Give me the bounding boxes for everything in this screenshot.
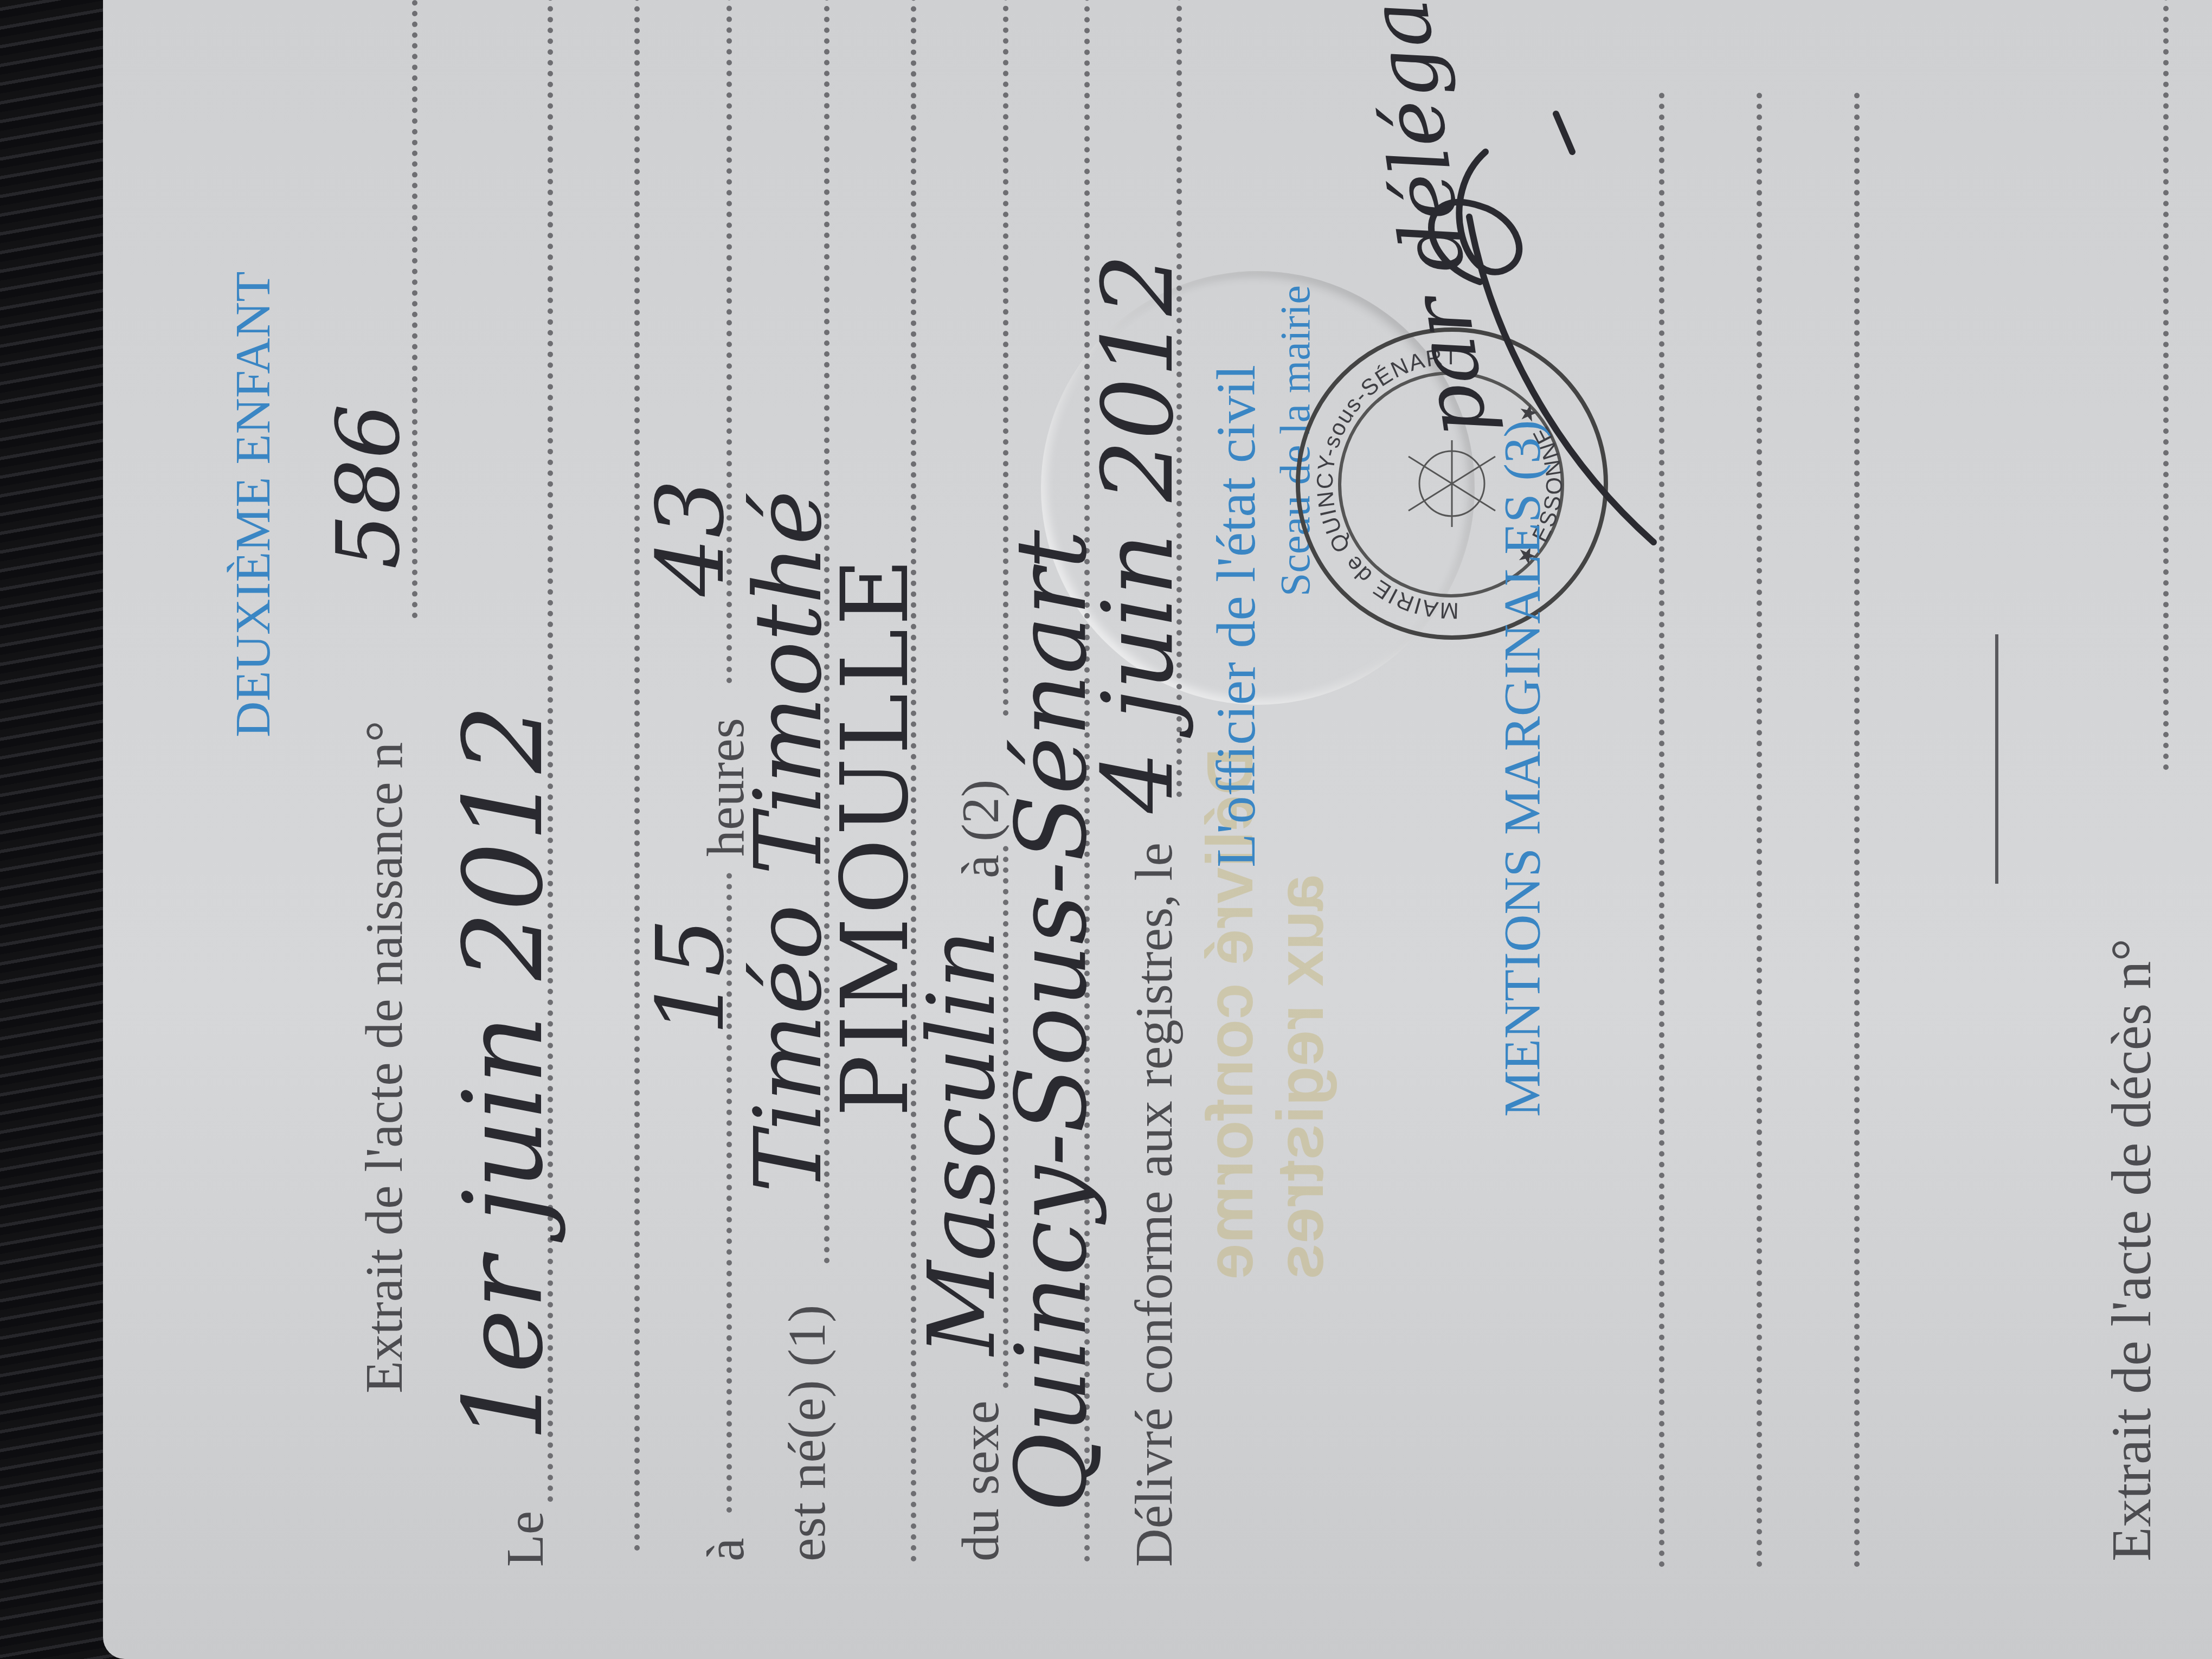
death-extract-label: Extrait de l'acte de décès n° [2104,938,2160,1561]
date-value: 1er juin 2012 [450,704,558,1442]
officer-label: L'officier de l'état civil [1209,365,1264,867]
date-label: Le [499,1511,552,1567]
mention-line [1854,92,1860,1567]
born-label: est né(e) (1) [781,1305,834,1561]
surname: PIMOULLE [829,555,922,1117]
section-title: DEUXIÈME ENFANT [228,272,278,737]
divider-rule [1995,634,1998,884]
given-names: Timéo Timothé [743,490,835,1193]
dotted-line [634,0,640,1551]
mention-line [1757,92,1762,1567]
birth-extract-label: Extrait de l'acte de naissance n° [358,721,411,1393]
bleed-through-text: aux registres [1263,874,1338,1279]
time-hours: 15 [645,918,737,1036]
delivered-label: Délivré conforme aux registres, le [1128,843,1181,1567]
time-prefix: à [699,1538,753,1562]
birth-extract-number: 586 [325,404,412,569]
dotted-line [2163,0,2169,770]
livret-page: Délivré conforme aux registres DEUXIÈME … [0,0,2212,1659]
marginal-mentions-label: MENTIONS MARGINALES (3) [1496,420,1548,1117]
time-minutes: 43 [645,479,737,596]
delivered-date: 4 juin 2012 [1090,254,1187,813]
mention-line [1659,92,1664,1567]
